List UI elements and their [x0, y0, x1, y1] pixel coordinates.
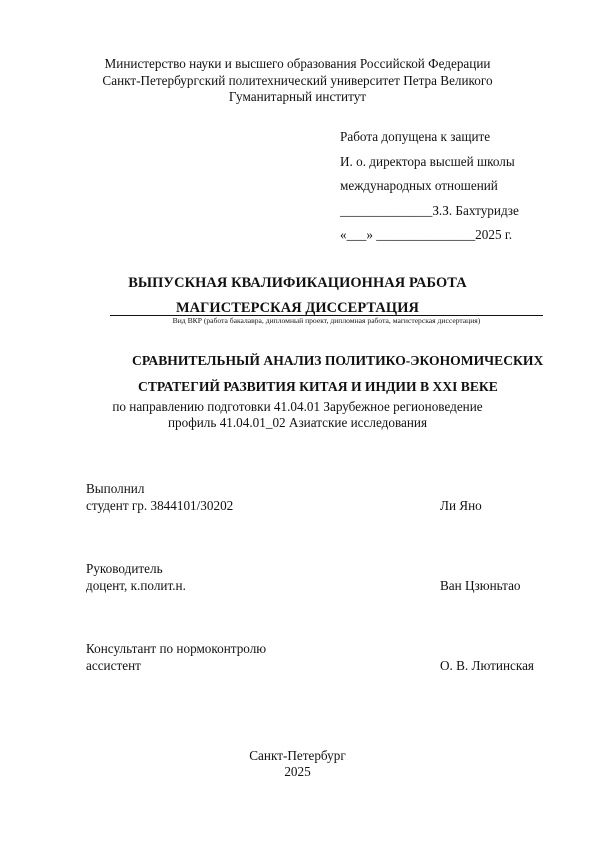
approval-signature-line: ______________З.З. Бахтуридзе [340, 199, 519, 224]
signature-role: Руководитель [86, 561, 546, 578]
signature-position: доцент, к.полит.н. [86, 578, 186, 593]
signature-supervisor: Руководитель доцент, к.полит.н. Ван Цзюн… [86, 561, 546, 594]
ministry-line: Министерство науки и высшего образования… [0, 56, 595, 73]
study-direction-block: по направлению подготовки 41.04.01 Заруб… [0, 399, 595, 431]
signature-position: ассистент [86, 658, 141, 673]
work-type-note: Вид ВКР (работа бакалавра, дипломный про… [110, 315, 543, 327]
approval-department: международных отношений [340, 174, 519, 199]
thesis-title-line-1: СРАВНИТЕЛЬНЫЙ АНАЛИЗ ПОЛИТИКО-ЭКОНОМИЧЕС… [132, 348, 543, 374]
approval-admitted: Работа допущена к защите [340, 125, 519, 150]
study-profile: профиль 41.04.01_02 Азиатские исследован… [0, 415, 595, 431]
institution-header: Министерство науки и высшего образования… [0, 56, 595, 106]
work-type-title: ВЫПУСКНАЯ КВАЛИФИКАЦИОННАЯ РАБОТА [0, 271, 595, 296]
signature-name: О. В. Лютинская [440, 658, 534, 675]
approval-block: Работа допущена к защите И. о. директора… [340, 125, 519, 248]
institute-line: Гуманитарный институт [0, 89, 595, 106]
signature-role: Выполнил [86, 481, 546, 498]
approval-date-line: «___» _______________2025 г. [340, 223, 519, 248]
study-direction: по направлению подготовки 41.04.01 Заруб… [0, 399, 595, 415]
signature-name: Ван Цзюньтао [440, 578, 521, 595]
signature-name: Ли Яно [440, 498, 482, 515]
university-line: Санкт-Петербургский политехнический унив… [0, 73, 595, 90]
footer-city: Санкт-Петербург [0, 748, 595, 764]
work-type-block: ВЫПУСКНАЯ КВАЛИФИКАЦИОННАЯ РАБОТА МАГИСТ… [0, 271, 595, 321]
footer: Санкт-Петербург 2025 [0, 748, 595, 780]
signature-position: студент гр. 3844101/30202 [86, 498, 233, 513]
approval-position: И. о. директора высшей школы [340, 150, 519, 175]
thesis-title-line-2: СТРАТЕГИЙ РАЗВИТИЯ КИТАЯ И ИНДИИ В XXI В… [138, 374, 498, 400]
footer-year: 2025 [0, 764, 595, 780]
signature-role: Консультант по нормоконтролю [86, 641, 546, 658]
signature-student: Выполнил студент гр. 3844101/30202 Ли Ян… [86, 481, 546, 514]
signature-consultant: Консультант по нормоконтролю ассистент О… [86, 641, 546, 674]
